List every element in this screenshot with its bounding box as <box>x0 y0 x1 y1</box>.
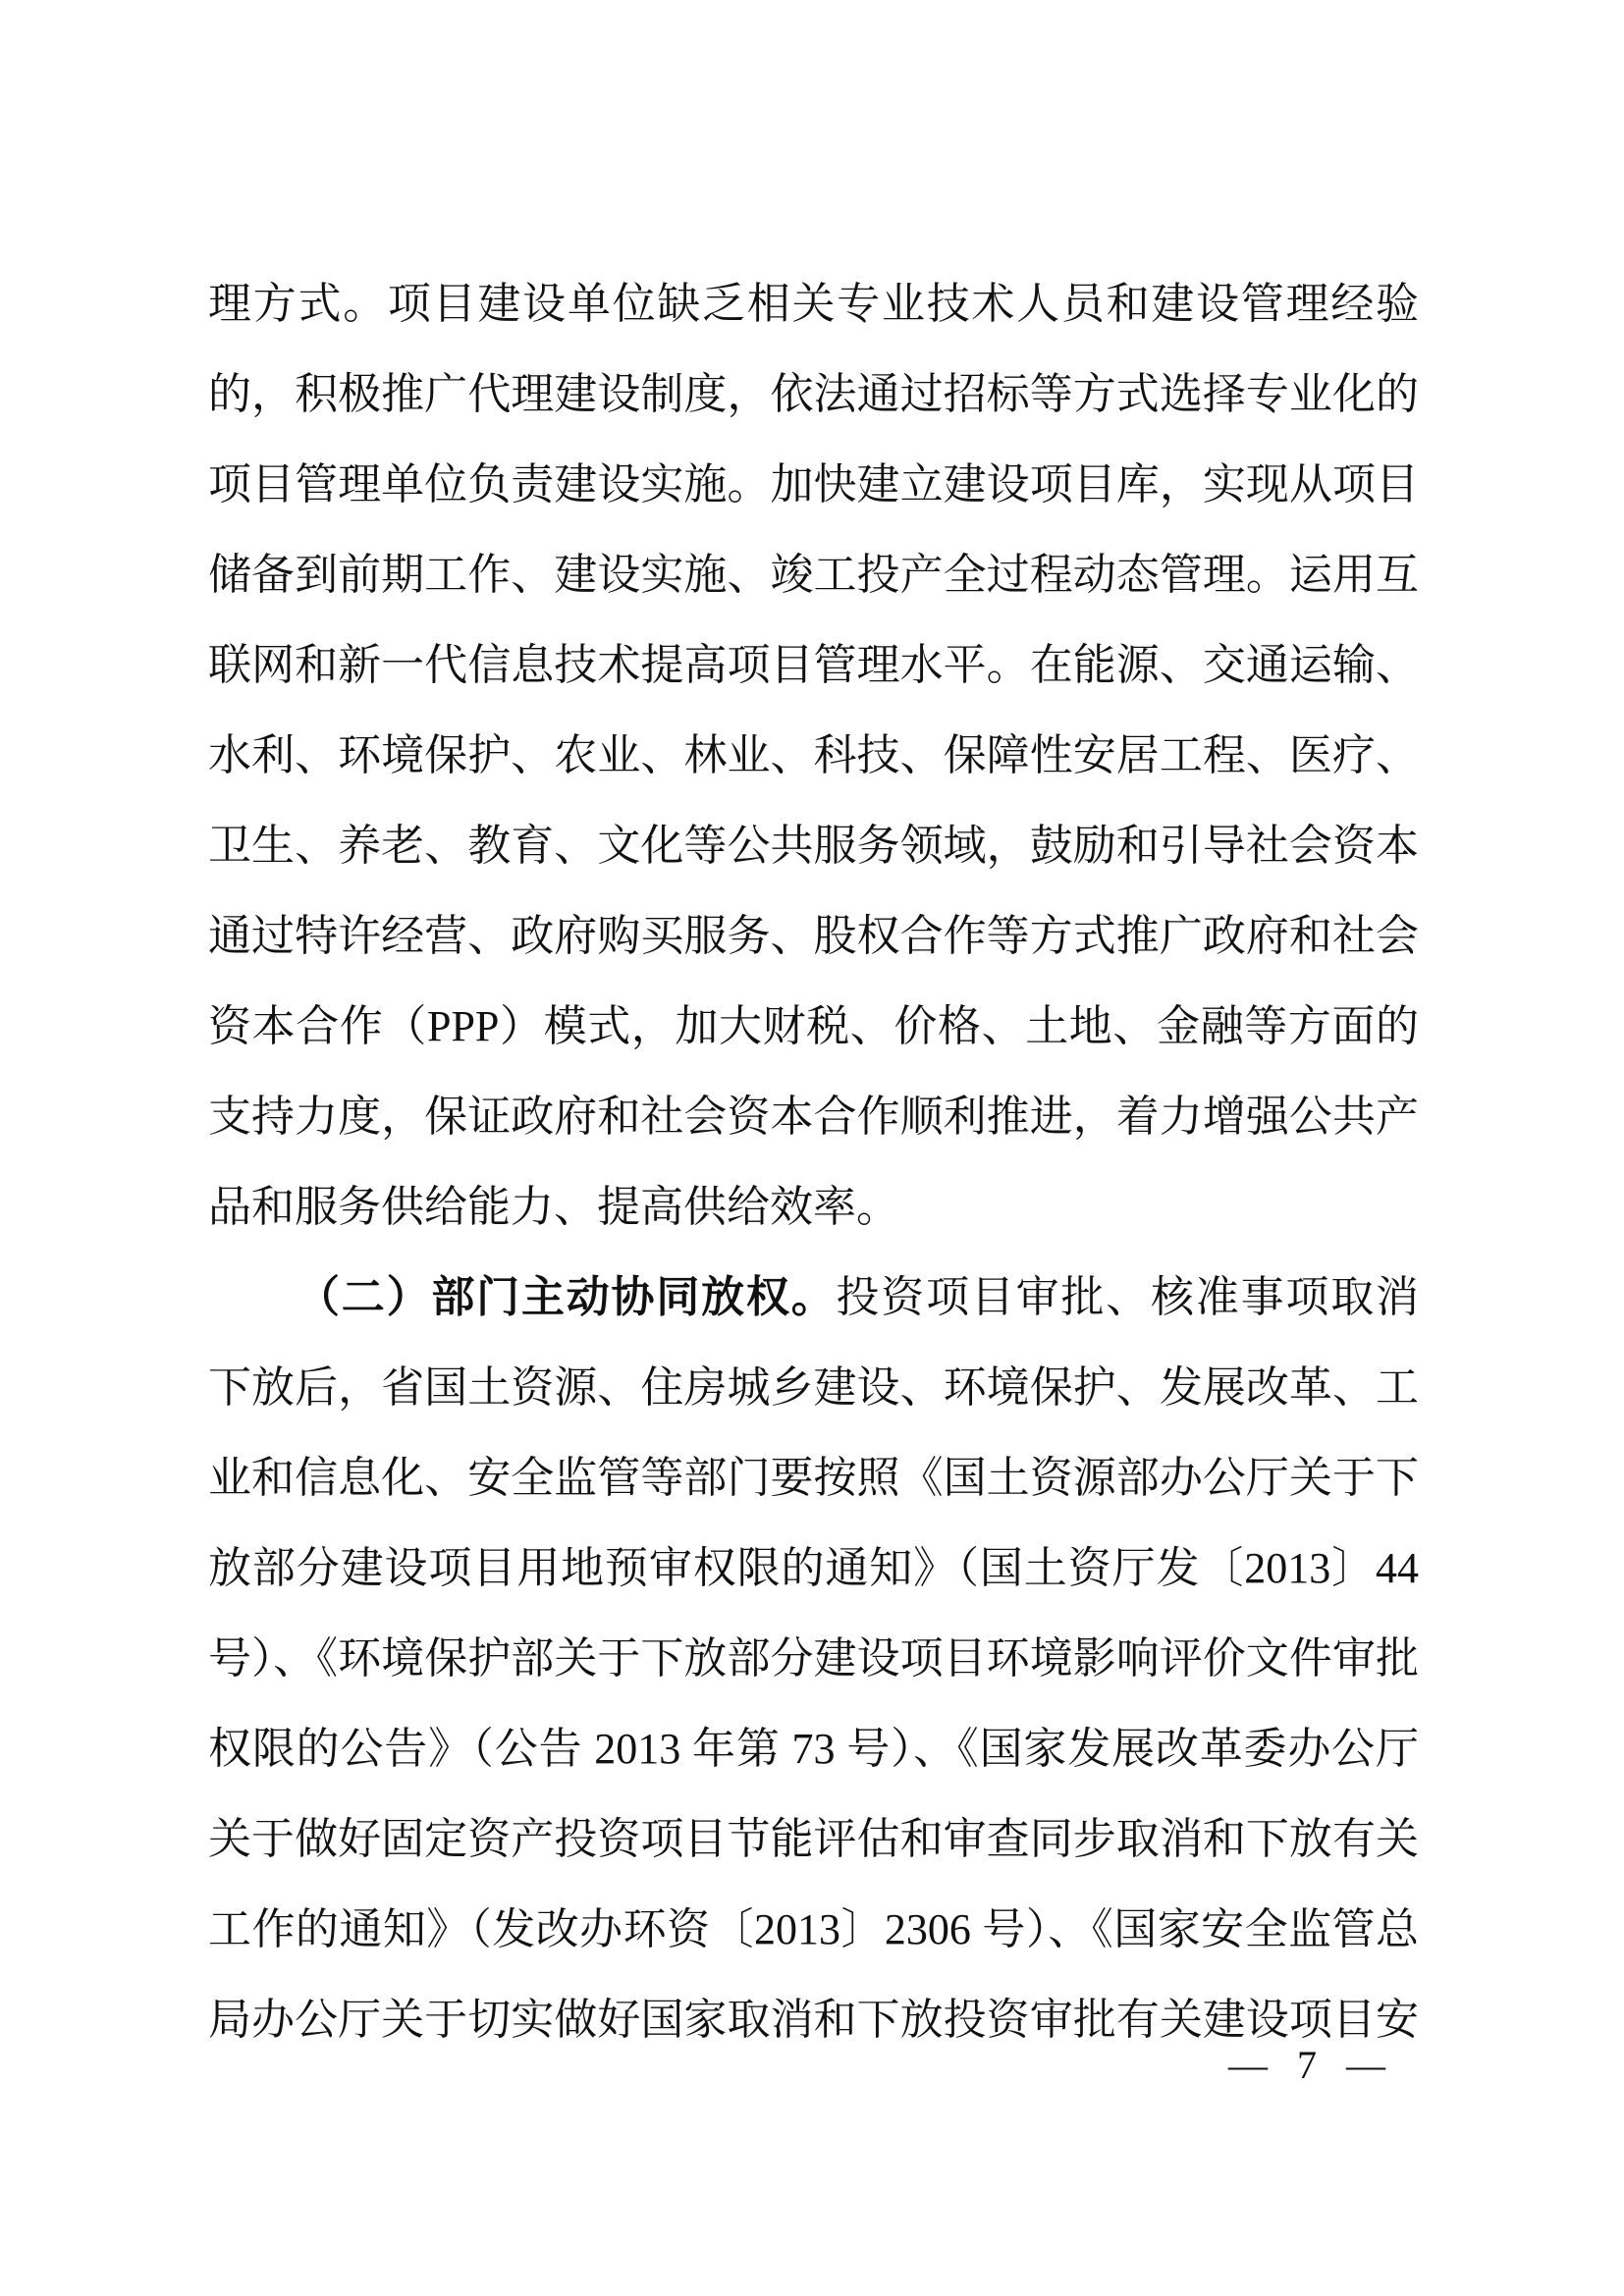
text-line: 联网和新一代信息技术提高项目管理水平。在能源、交通运输、 <box>208 620 1419 711</box>
text-line: 权限的公告》（公告 2013 年第 73 号）、《国家发展改革委办公厅 <box>208 1704 1419 1794</box>
text-line: 项目管理单位负责建设实施。加快建立建设项目库，实现从项目 <box>208 440 1419 530</box>
text-line: 储备到前期工作、建设实施、竣工投产全过程动态管理。运用互 <box>208 530 1419 620</box>
document-page: 理方式。项目建设单位缺乏相关专业技术人员和建设管理经验的，积极推广代理建设制度，… <box>0 0 1624 2296</box>
text-line: 品和服务供给能力、提高供给效率。 <box>208 1162 1419 1253</box>
text-segment: 理方式。项目建设单位缺乏相关专业技术人员和建设管理经验 <box>208 280 1419 328</box>
text-segment: 品和服务供给能力、提高供给效率。 <box>208 1183 899 1231</box>
text-segment: 资本合作（PPP）模式，加大财税、价格、土地、金融等方面的 <box>208 1002 1419 1050</box>
text-line: 资本合作（PPP）模式，加大财税、价格、土地、金融等方面的 <box>208 982 1419 1072</box>
text-line: 业和信息化、安全监管等部门要按照《国土资源部办公厅关于下 <box>208 1433 1419 1523</box>
text-segment: 储备到前期工作、建设实施、竣工投产全过程动态管理。运用互 <box>208 551 1419 599</box>
text-segment: 关于做好固定资产投资项目节能评估和审查同步取消和下放有关 <box>208 1815 1419 1863</box>
document-body: 理方式。项目建设单位缺乏相关专业技术人员和建设管理经验的，积极推广代理建设制度，… <box>208 259 1419 2065</box>
text-segment: 权限的公告》（公告 2013 年第 73 号）、《国家发展改革委办公厅 <box>208 1725 1419 1773</box>
page-number: — 7 — <box>208 2042 1419 2089</box>
text-segment: 业和信息化、安全监管等部门要按照《国土资源部办公厅关于下 <box>208 1454 1419 1502</box>
text-segment: 项目管理单位负责建设实施。加快建立建设项目库，实现从项目 <box>208 460 1419 508</box>
text-segment: 水利、环境保护、农业、林业、科技、保障性安居工程、医疗、 <box>208 731 1419 779</box>
text-line: 号）、《环境保护部关于下放部分建设项目环境影响评价文件审批 <box>208 1614 1419 1704</box>
text-segment: 卫生、养老、教育、文化等公共服务领域，鼓励和引导社会资本 <box>208 822 1419 870</box>
section-heading: （二）部门主动协同放权。 <box>297 1273 837 1321</box>
text-line: 理方式。项目建设单位缺乏相关专业技术人员和建设管理经验 <box>208 259 1419 349</box>
text-segment: 支持力度，保证政府和社会资本合作顺利推进，着力增强公共产 <box>208 1093 1419 1141</box>
text-segment: 下放后，省国土资源、住房城乡建设、环境保护、发展改革、工 <box>208 1363 1419 1412</box>
text-line: 的，积极推广代理建设制度，依法通过招标等方式选择专业化的 <box>208 349 1419 440</box>
text-segment: 工作的通知》（发改办环资〔2013〕2306 号）、《国家安全监管总 <box>208 1905 1419 1953</box>
text-segment: 号）、《环境保护部关于下放部分建设项目环境影响评价文件审批 <box>208 1634 1419 1682</box>
text-segment: 联网和新一代信息技术提高项目管理水平。在能源、交通运输、 <box>208 641 1419 689</box>
text-segment: 的，积极推广代理建设制度，依法通过招标等方式选择专业化的 <box>208 370 1419 418</box>
text-segment: 通过特许经营、政府购买服务、股权合作等方式推广政府和社会 <box>208 912 1419 960</box>
text-line: 卫生、养老、教育、文化等公共服务领域，鼓励和引导社会资本 <box>208 801 1419 891</box>
text-line: 下放后，省国土资源、住房城乡建设、环境保护、发展改革、工 <box>208 1343 1419 1433</box>
text-line: 支持力度，保证政府和社会资本合作顺利推进，着力增强公共产 <box>208 1072 1419 1162</box>
text-line: （二）部门主动协同放权。投资项目审批、核准事项取消或 <box>208 1253 1419 1343</box>
text-line: 水利、环境保护、农业、林业、科技、保障性安居工程、医疗、 <box>208 711 1419 801</box>
text-line: 关于做好固定资产投资项目节能评估和审查同步取消和下放有关 <box>208 1794 1419 1885</box>
text-segment: 放部分建设项目用地预审权限的通知》（国土资厅发〔2013〕44 <box>208 1544 1419 1592</box>
text-line: 放部分建设项目用地预审权限的通知》（国土资厅发〔2013〕44 <box>208 1523 1419 1614</box>
text-line: 通过特许经营、政府购买服务、股权合作等方式推广政府和社会 <box>208 891 1419 982</box>
text-segment: 局办公厅关于切实做好国家取消和下放投资审批有关建设项目安 <box>208 1996 1419 2044</box>
text-line: 工作的通知》（发改办环资〔2013〕2306 号）、《国家安全监管总 <box>208 1885 1419 1975</box>
